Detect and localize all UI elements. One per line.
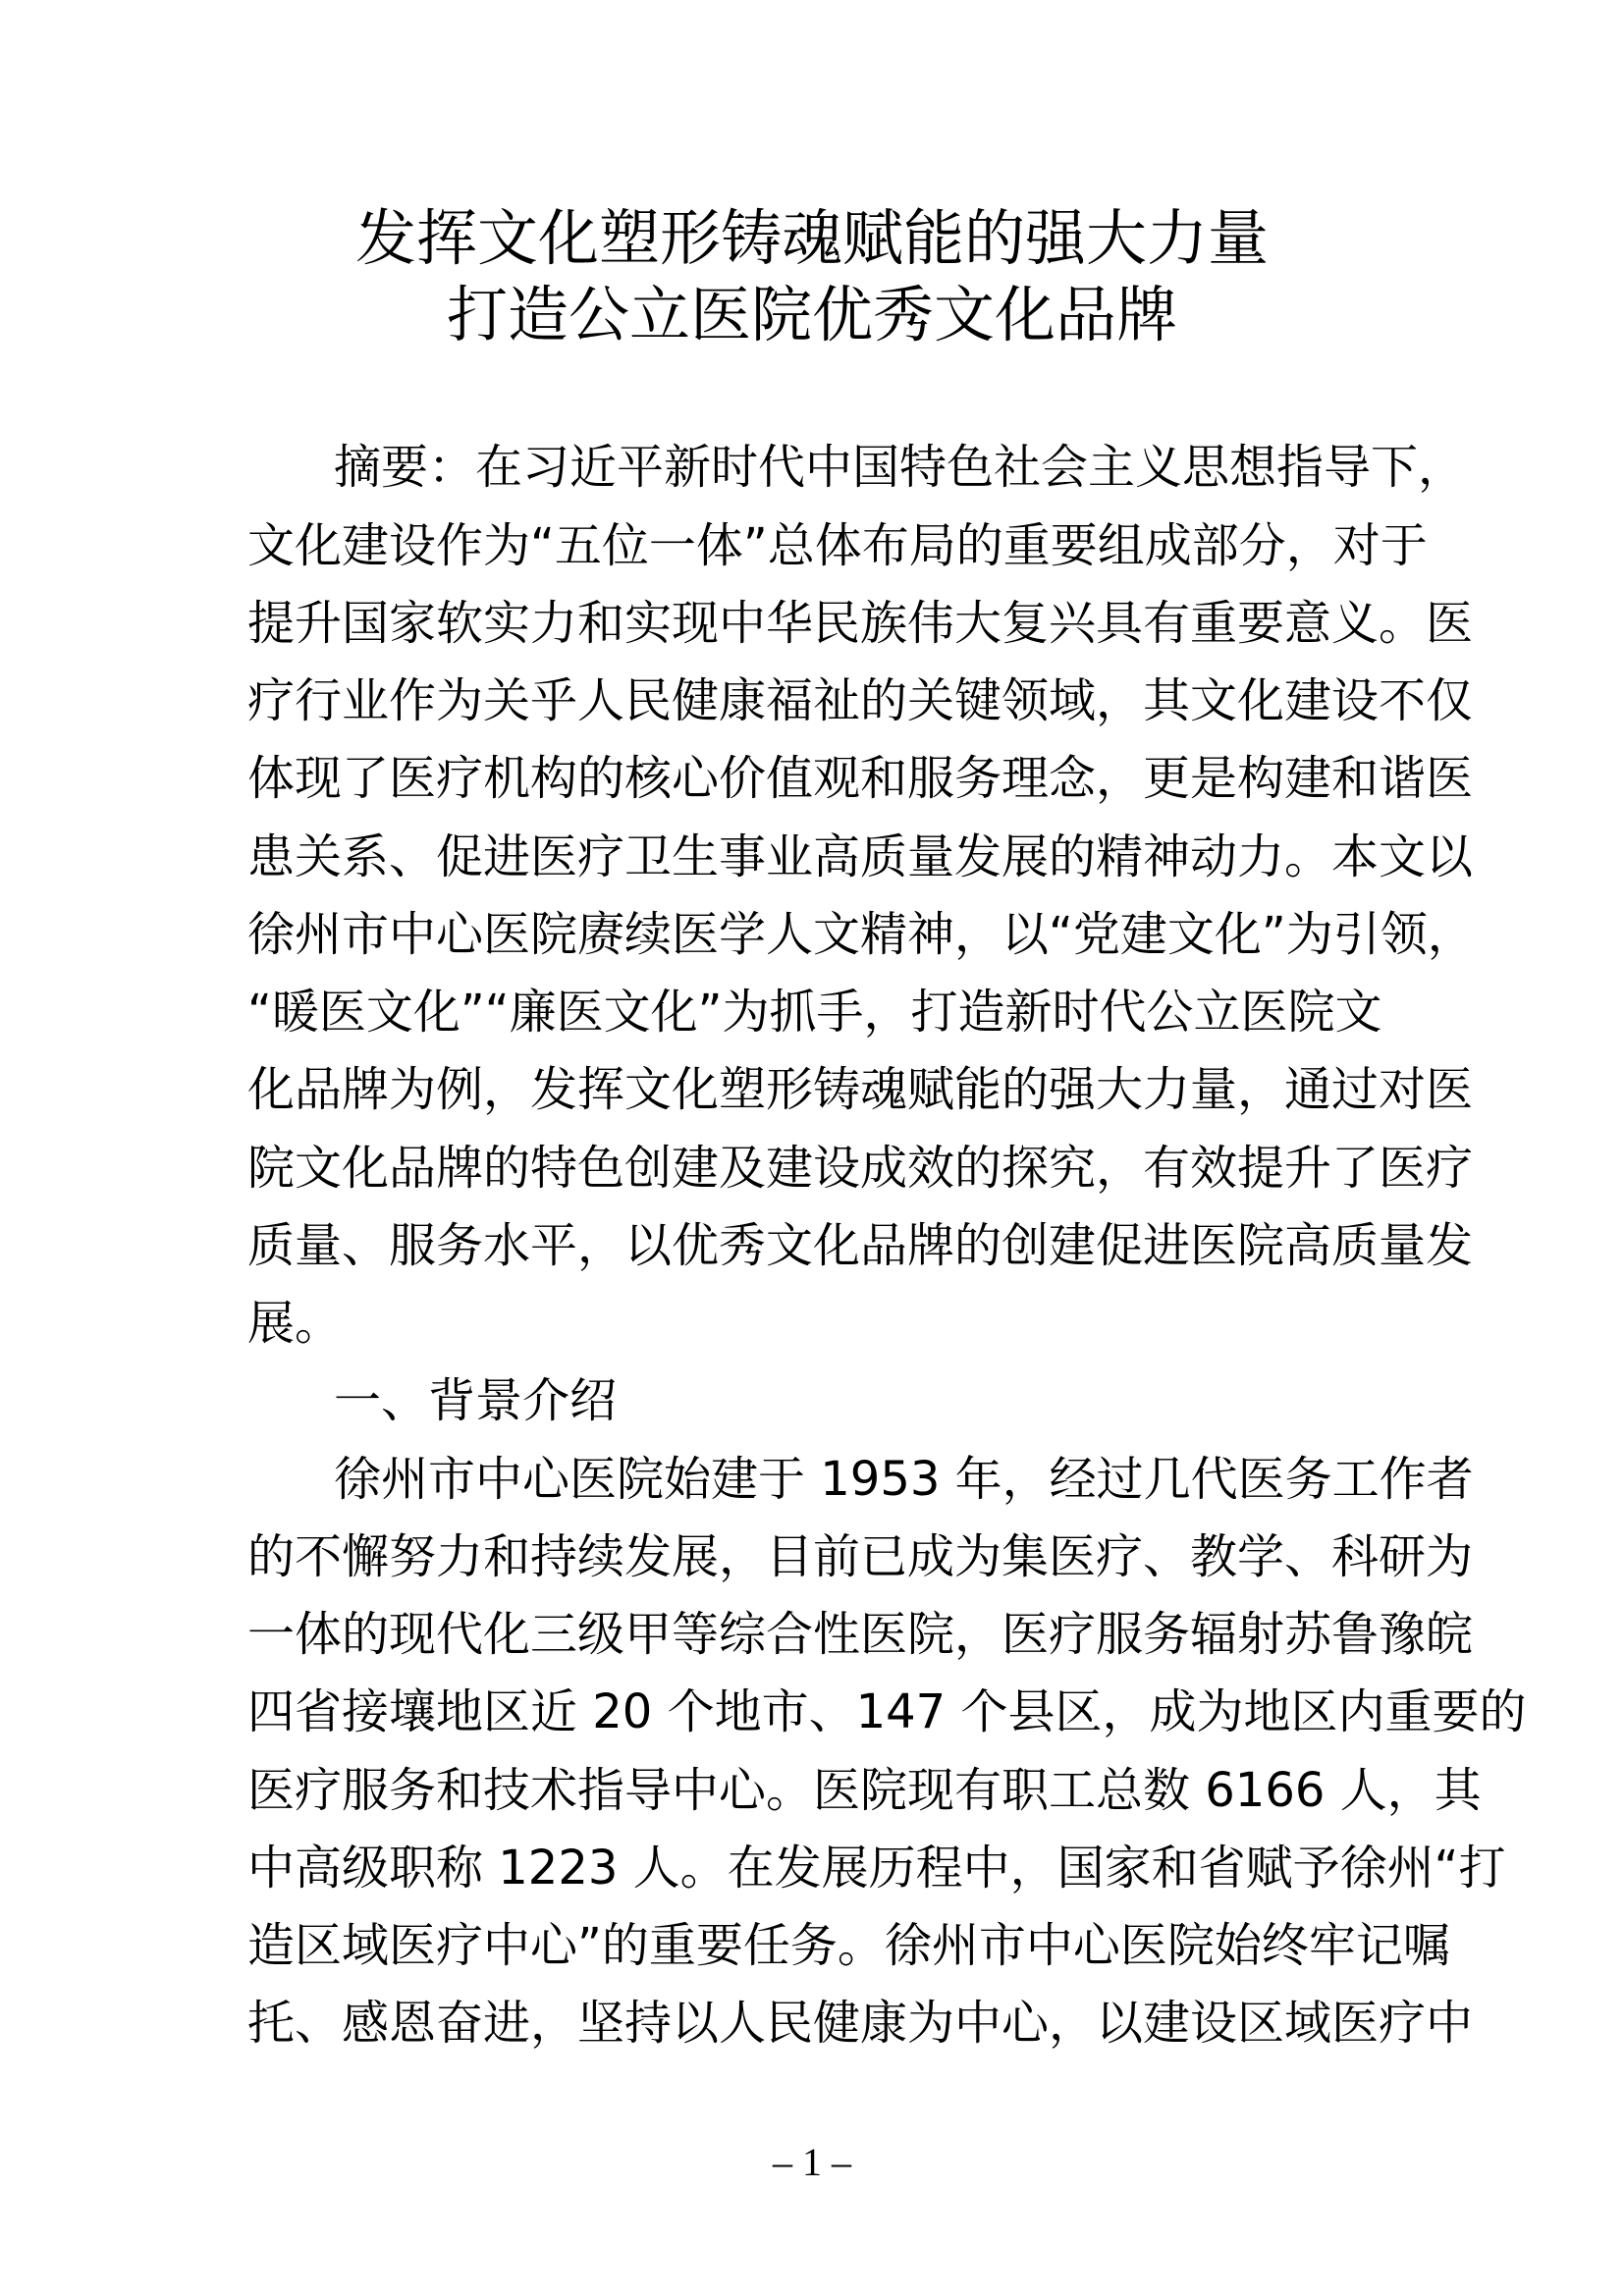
document-page: 发挥文化塑形铸魂赋能的强大力量 打造公立医院优秀文化品牌 摘要：在习近平新时代中…: [0, 0, 1624, 2296]
abstract-line: 患关系、促进医疗卫生事业高质量发展的精神动力。本文以: [247, 828, 1386, 886]
body-line: 医疗服务和技术指导中心。医院现有职工总数 6166 人，其: [247, 1761, 1386, 1820]
body-line: 一体的现代化三级甲等综合性医院，医疗服务辐射苏鲁豫皖: [247, 1605, 1386, 1664]
abstract-line: “暖医文化”“廉医文化”为抓手，打造新时代公立医院文: [247, 983, 1386, 1041]
abstract-line: 文化建设作为“五位一体”总体布局的重要组成部分，对于: [247, 516, 1386, 575]
body-line: 四省接壤地区近 20 个地市、147 个县区，成为地区内重要的: [247, 1682, 1386, 1741]
abstract-line: 疗行业作为关乎人民健康福祉的关键领域，其文化建设不仅: [247, 671, 1386, 730]
abstract-line: 徐州市中心医院赓续医学人文精神，以“党建文化”为引领，: [247, 905, 1386, 964]
document-title-line-1: 发挥文化塑形铸魂赋能的强大力量: [0, 201, 1624, 276]
page-number: – 1 –: [0, 2138, 1624, 2187]
abstract-line: 化品牌为例，发挥文化塑形铸魂赋能的强大力量，通过对医: [247, 1060, 1386, 1119]
body-line: 徐州市中心医院始建于 1953 年，经过几代医务工作者: [334, 1450, 1473, 1509]
abstract-line: 展。: [247, 1294, 1386, 1353]
body-line: 的不懈努力和持续发展，目前已成为集医疗、教学、科研为: [247, 1527, 1386, 1586]
body-line: 中高级职称 1223 人。在发展历程中，国家和省赋予徐州“打: [247, 1839, 1386, 1897]
abstract-line: 提升国家软实力和实现中华民族伟大复兴具有重要意义。医: [247, 594, 1386, 653]
abstract-line: 体现了医疗机构的核心价值观和服务理念，更是构建和谐医: [247, 749, 1386, 808]
body-line: 托、感恩奋进，坚持以人民健康为中心，以建设区域医疗中: [247, 1994, 1386, 2053]
section-heading: 一、背景介绍: [334, 1371, 1473, 1430]
abstract-line: 质量、服务水平，以优秀文化品牌的创建促进医院高质量发: [247, 1216, 1386, 1275]
abstract-line: 摘要：在习近平新时代中国特色社会主义思想指导下，: [334, 438, 1473, 497]
document-title-line-2: 打造公立医院优秀文化品牌: [0, 278, 1624, 352]
abstract-line: 院文化品牌的特色创建及建设成效的探究，有效提升了医疗: [247, 1139, 1386, 1198]
body-line: 造区域医疗中心”的重要任务。徐州市中心医院始终牢记嘱: [247, 1916, 1386, 1975]
